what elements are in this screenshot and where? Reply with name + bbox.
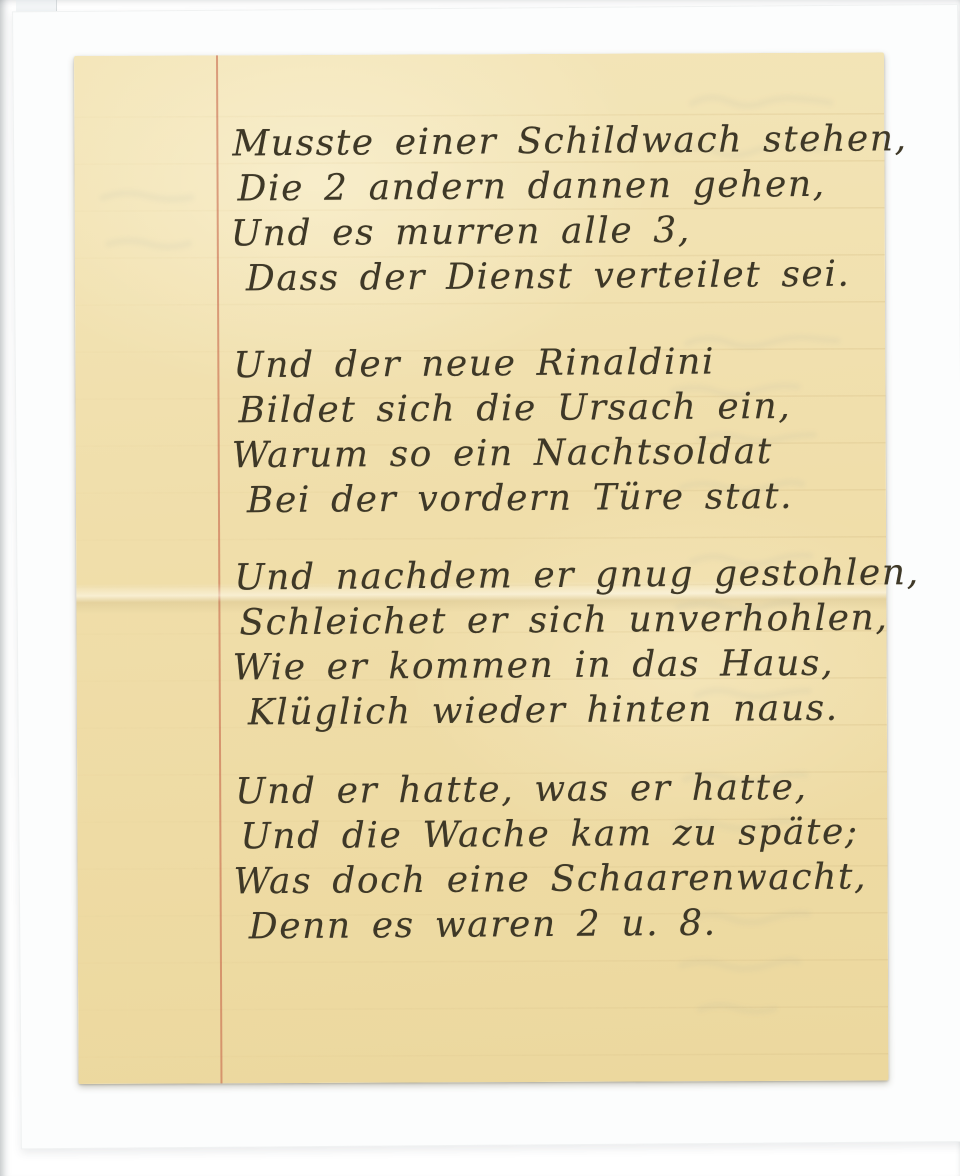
- stanza: Und der neue Rinaldini Bildet sich die U…: [233, 345, 793, 527]
- stanza: Musste einer Schildwach stehen, Die 2 an…: [232, 122, 908, 305]
- handwritten-line: Was doch eine Schaarenwacht,: [233, 859, 867, 909]
- stanza: Und er hatte, was er hatte, Und die Wach…: [235, 771, 867, 954]
- handwritten-line: Bei der vordern Türe stat.: [247, 479, 794, 528]
- scan-background: Musste einer Schildwach stehen, Die 2 an…: [0, 0, 960, 1176]
- handwritten-line: Denn es waren 2 u. 8.: [249, 904, 868, 954]
- handwritten-line: Die 2 andern dannen gehen,: [237, 166, 908, 216]
- handwritten-line: Klüglich wieder hinten naus.: [248, 690, 921, 740]
- stanza: Und nachdem er gnug gestohlen, Schleiche…: [234, 556, 920, 739]
- handwritten-line: Dass der Dienst verteilet sei.: [246, 256, 909, 306]
- manuscript-page: Musste einer Schildwach stehen, Die 2 an…: [74, 52, 888, 1084]
